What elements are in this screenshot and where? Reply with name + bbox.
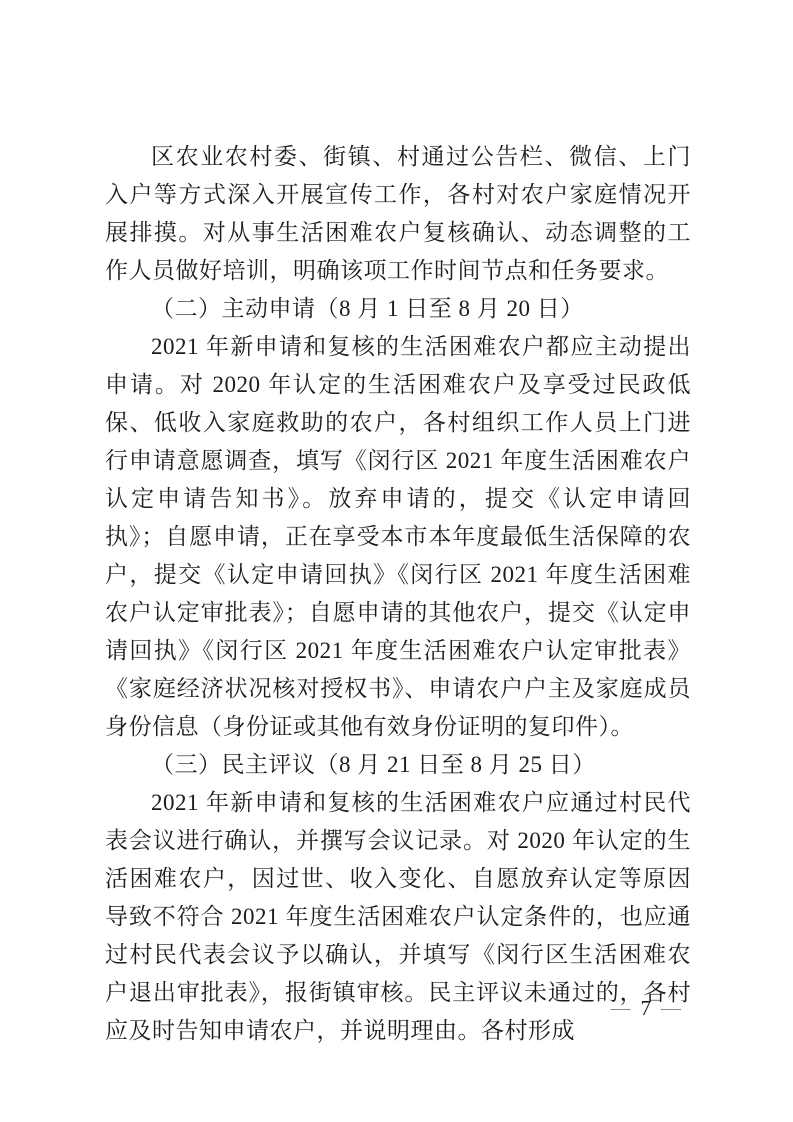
paragraph-application-procedure: 2021 年新申请和复核的生活困难农户都应主动提出申请。对 2020 年认定的生… (105, 328, 691, 746)
section-heading-2-active-application: （二）主动申请（8 月 1 日至 8 月 20 日） (105, 290, 691, 328)
footer-left-dash: — (611, 994, 631, 1022)
section-heading-3-democratic-review: （三）民主评议（8 月 21 日至 8 月 25 日） (105, 746, 691, 784)
paragraph-propaganda-work: 区农业农村委、街镇、村通过公告栏、微信、上门入户等方式深入开展宣传工作，各村对农… (105, 138, 691, 290)
footer-right-dash: — (661, 994, 681, 1022)
document-body: 区农业农村委、街镇、村通过公告栏、微信、上门入户等方式深入开展宣传工作，各村对农… (105, 138, 691, 1050)
paragraph-democratic-review-procedure: 2021 年新申请和复核的生活困难农户应通过村民代表会议进行确认，并撰写会议记录… (105, 784, 691, 1050)
document-page: 区农业农村委、街镇、村通过公告栏、微信、上门入户等方式深入开展宣传工作，各村对农… (0, 0, 793, 1122)
page-number: 7 (641, 994, 652, 1022)
page-footer: — 7 — (611, 994, 682, 1022)
